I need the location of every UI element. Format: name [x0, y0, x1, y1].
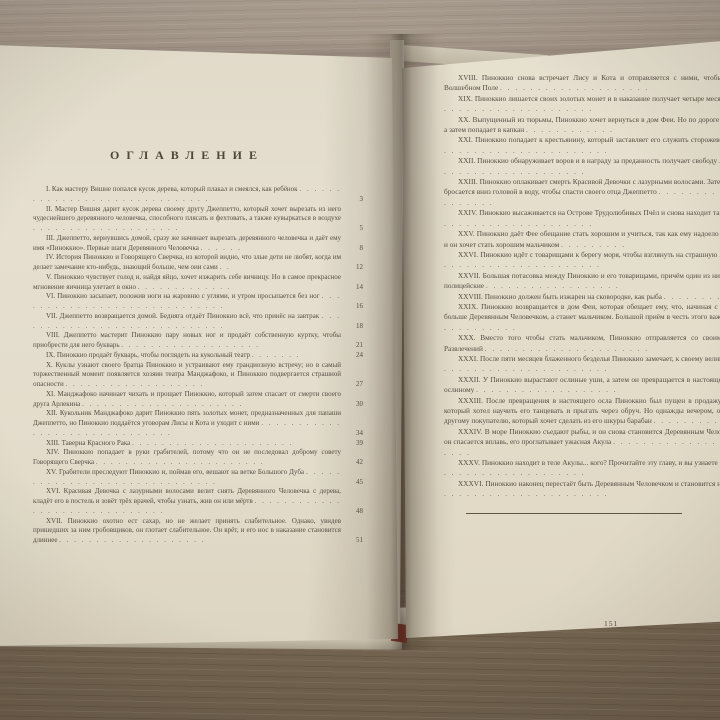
toc-entry: III. Джеппетто, вернувшись домой, сразу …: [33, 234, 363, 254]
chapter-title: Пиноккио должен быть изжарен на сковород…: [485, 292, 662, 301]
toc-entry-text: XXI. Пиноккио попадает к крестьянину, ко…: [444, 135, 720, 156]
dot-leader: . . . . . . . . . . . .: [526, 125, 614, 134]
toc-entry: XXXIII. После превращения в настоящего о…: [444, 396, 720, 427]
chapter-title: Пиноккио наконец перестаёт быть Деревянн…: [485, 479, 720, 488]
dot-leader: . . . . . . . . . . . . . . . . . . . . …: [485, 344, 649, 353]
chapter-title: Пиноккио засыпает, положив ноги на жаров…: [57, 292, 319, 300]
chapter-number: IX.: [46, 351, 55, 359]
dot-leader: . . . . . . . . . . . . . . . . . . . .: [33, 224, 179, 232]
chapter-title: Таверна Красного Рака: [62, 439, 131, 447]
toc-entry-text: XXXIV. В море Пиноккио съедают рыбы, и о…: [444, 427, 720, 458]
chapter-page-number: 18: [356, 322, 363, 332]
toc-entries-left: I. Как мастеру Вишне попался кусок дерев…: [33, 185, 363, 546]
toc-entry-text: X. Куклы узнают своего братца Пиноккио и…: [33, 361, 341, 390]
chapter-page-number: 12: [356, 263, 363, 273]
chapter-number: XIX.: [458, 94, 473, 103]
chapter-title: Пиноккио обнаруживает воров и в награду …: [477, 156, 717, 165]
right-page-content: XVIII. Пиноккио снова встречает Лису и К…: [444, 73, 720, 514]
toc-entry-text: XII. Кукольник Манджафоко дарит Пиноккио…: [33, 409, 341, 438]
toc-entry: II. Мастер Вишня дарит кусок дерева свое…: [33, 205, 363, 234]
dot-leader: . . . . . . . . . . . . . . . . . . .: [66, 380, 205, 388]
chapter-title: Пиноккио попадает к крестьянину, который…: [475, 135, 720, 144]
toc-entry: XXX. Вместо того чтобы стать мальчиком, …: [444, 333, 720, 354]
chapter-number: XXV.: [458, 229, 475, 238]
chapter-page-number: 39: [356, 439, 363, 449]
chapter-page-number: 51: [356, 536, 363, 546]
toc-entry-text: XXV. Пиноккио даёт Фее обещание стать хо…: [444, 229, 720, 250]
chapter-number: XII.: [46, 409, 57, 417]
chapter-number: XVII.: [46, 517, 63, 525]
chapter-title: История Пиноккио и Говорящего Сверчка, и…: [33, 253, 341, 271]
toc-entry: XXIII. Пиноккио оплакивает смерть Красив…: [444, 177, 720, 208]
chapter-number: XV.: [46, 468, 57, 476]
toc-heading: ОГЛАВЛЕНИЕ: [33, 148, 363, 163]
toc-entry: VII. Джеппетто возвращается домой. Бедня…: [33, 312, 363, 332]
toc-entry-text: XV. Грабители преследуют Пиноккио и, пой…: [33, 468, 341, 488]
toc-entry-text: XIII. Таверна Красного Рака . . . . . . …: [33, 439, 341, 449]
toc-entry: XXXV. Пиноккио находит в теле Акулы... к…: [444, 458, 720, 479]
toc-entry-text: XI. Манджафоко начинает чихать и прощает…: [33, 390, 341, 410]
chapter-title: Как мастеру Вишне попался кусок дерева, …: [52, 185, 298, 193]
chapter-number: XVIII.: [458, 73, 478, 82]
chapter-number: V.: [46, 273, 52, 281]
chapter-number: XXXIV.: [458, 427, 482, 436]
toc-entry-text: VII. Джеппетто возвращается домой. Бедня…: [33, 312, 341, 332]
chapter-title: Джеппетто возвращается домой. Бедняга от…: [60, 312, 320, 320]
dot-leader: . . . . . .: [201, 244, 242, 252]
chapter-title: Пиноккио возвращается в дом Феи, которая…: [444, 302, 720, 321]
chapter-title: Пиноккио высаживается на Острове Трудолю…: [479, 208, 720, 217]
toc-entry-text: XXVII. Большая потасовка между Пиноккио …: [444, 271, 720, 292]
toc-entry: XXVI. Пиноккио идёт с товарищами к берег…: [444, 250, 720, 271]
toc-entry: V. Пиноккио чувствует голод и, найдя яйц…: [33, 273, 363, 293]
left-page: ОГЛАВЛЕНИЕ I. Как мастеру Вишне попался …: [0, 38, 400, 652]
chapter-number: II.: [46, 205, 52, 213]
chapter-page-number: 48: [356, 507, 363, 517]
toc-entry-text: XVI. Красивая Девочка с лазурными волоса…: [33, 487, 341, 516]
dot-leader: . . . . . . . . . . . . . . . . . . .: [476, 385, 618, 394]
chapter-number: XXXII.: [458, 375, 481, 384]
chapter-number: XXIV.: [458, 208, 477, 217]
section-end-rule: [466, 513, 682, 514]
toc-entry-text: XXXV. Пиноккио находит в теле Акулы... к…: [444, 458, 720, 479]
chapter-number: X.: [46, 361, 53, 369]
left-page-content: ОГЛАВЛЕНИЕ I. Как мастеру Вишне попался …: [33, 148, 363, 546]
chapter-number: XXVI.: [458, 250, 478, 259]
toc-entry-text: VI. Пиноккио засыпает, положив ноги на ж…: [33, 292, 341, 312]
chapter-page-number: 8: [360, 244, 364, 254]
toc-entry: XXVII. Большая потасовка между Пиноккио …: [444, 271, 720, 292]
toc-entry: XXXVI. Пиноккио наконец перестаёт быть Д…: [444, 479, 720, 500]
chapter-number: VI.: [46, 292, 55, 300]
toc-entry: XVII. Пиноккио охотно ест сахар, но не ж…: [33, 517, 363, 546]
toc-entry-text: VIII. Джеппетто мастерит Пиноккио пару н…: [33, 331, 341, 351]
toc-entry: I. Как мастеру Вишне попался кусок дерев…: [33, 185, 363, 205]
chapter-number: XI.: [46, 390, 55, 398]
dot-leader: . . . . . . . . . . . . . . . . . . . . …: [82, 400, 243, 408]
chapter-page-number: 27: [356, 380, 363, 390]
toc-entry: XXXII. У Пиноккио вырастают ослиные уши,…: [444, 375, 720, 396]
toc-entry-text: XXXII. У Пиноккио вырастают ослиные уши,…: [444, 375, 720, 396]
chapter-number: IV.: [46, 253, 54, 261]
toc-entries-right: XVIII. Пиноккио снова встречает Лису и К…: [444, 73, 720, 500]
chapter-page-number: 5: [360, 224, 364, 234]
toc-entry-text: XXXIII. После превращения в настоящего о…: [444, 396, 720, 427]
chapter-number: VIII.: [46, 331, 60, 339]
chapter-number: III.: [46, 234, 55, 242]
chapter-number: XXXIII.: [458, 396, 483, 405]
toc-entry: XVI. Красивая Девочка с лазурными волоса…: [33, 487, 363, 516]
toc-entry: XVIII. Пиноккио снова встречает Лису и К…: [444, 73, 720, 94]
toc-entry: IV. История Пиноккио и Говорящего Сверчк…: [33, 253, 363, 273]
chapter-number: XXIII.: [458, 177, 478, 186]
toc-entry: XXI. Пиноккио попадает к крестьянину, ко…: [444, 135, 720, 156]
toc-entry: VI. Пиноккио засыпает, положив ноги на ж…: [33, 292, 363, 312]
dot-leader: . . . . . . .: [252, 351, 301, 359]
toc-entry-text: XVII. Пиноккио охотно ест сахар, но не ж…: [33, 517, 341, 546]
dot-leader: . . . . . . . . .: [561, 240, 626, 249]
chapter-page-number: 45: [356, 478, 363, 488]
chapter-number: VII.: [46, 312, 57, 320]
chapter-page-number: 16: [356, 302, 363, 312]
chapter-number: XXX.: [458, 333, 476, 342]
chapter-page-number: 24: [356, 351, 363, 361]
toc-entry-text: XXVI. Пиноккио идёт с товарищами к берег…: [444, 250, 720, 271]
dot-leader: . . . . . . . . . . . . . . . . . .: [654, 416, 720, 425]
toc-entry-text: I. Как мастеру Вишне попался кусок дерев…: [33, 185, 341, 205]
toc-entry: XI. Манджафоко начинает чихать и прощает…: [33, 390, 363, 410]
toc-entry: XII. Кукольник Манджафоко дарит Пиноккио…: [33, 409, 363, 438]
toc-entry-text: III. Джеппетто, вернувшись домой, сразу …: [33, 234, 341, 254]
dot-leader: . . . . . . . . . . . . . . . . . . .: [121, 341, 260, 349]
toc-entry-text: II. Мастер Вишня дарит кусок дерева свое…: [33, 205, 341, 234]
toc-entry: XV. Грабители преследуют Пиноккио и, пой…: [33, 468, 363, 488]
chapter-page-number: 34: [356, 429, 363, 439]
toc-entry: XX. Выпущенный из тюрьмы, Пиноккио хочет…: [444, 115, 720, 136]
toc-entry: XXV. Пиноккио даёт Фее обещание стать хо…: [444, 229, 720, 250]
chapter-page-number: 14: [356, 283, 363, 293]
toc-entry-text: XVIII. Пиноккио снова встречает Лису и К…: [444, 73, 720, 94]
dot-leader: . . . . . . . . . . . . . . . . . . . .: [59, 536, 205, 544]
chapter-title: Грабители преследуют Пиноккио и, поймав …: [59, 468, 304, 476]
dot-leader: . .: [220, 263, 231, 271]
chapter-number: XX.: [458, 115, 470, 124]
toc-entry-text: XXVIII. Пиноккио должен быть изжарен на …: [444, 292, 720, 302]
dot-leader: . . . . . . . . . .: [664, 292, 720, 301]
toc-entry: XXIV. Пиноккио высаживается на Острове Т…: [444, 208, 720, 229]
toc-entry: XXXIV. В море Пиноккио съедают рыбы, и о…: [444, 427, 720, 458]
dot-leader: . . . . . . . . . . . . . . . . . .: [486, 281, 620, 290]
toc-entry-text: XXXVI. Пиноккио наконец перестаёт быть Д…: [444, 479, 720, 500]
chapter-title: После пяти месяцев блаженного безделья П…: [480, 354, 720, 363]
chapter-number: XXVIII.: [458, 292, 483, 301]
chapter-number: XIV.: [46, 448, 59, 456]
toc-entry-text: XXX. Вместо того чтобы стать мальчиком, …: [444, 333, 720, 354]
chapter-number: XIII.: [46, 439, 60, 447]
toc-entry-text: XX. Выпущенный из тюрьмы, Пиноккио хочет…: [444, 115, 720, 136]
dot-leader: . . . . . . . . . . . . .: [138, 283, 232, 291]
toc-entry-text: XXII. Пиноккио обнаруживает воров и в на…: [444, 156, 720, 177]
toc-entry: XIV. Пиноккио попадает в руки грабителей…: [33, 448, 363, 468]
toc-entry: XIII. Таверна Красного Рака . . . . . . …: [33, 439, 363, 449]
toc-entry-text: XXIII. Пиноккио оплакивает смерть Красив…: [444, 177, 720, 208]
right-page: XVIII. Пиноккио снова встречает Лису и К…: [396, 28, 720, 662]
dot-leader: . . . . . . . . . . . . . . . . . . . . …: [96, 458, 265, 466]
toc-entry-text: XXIX. Пиноккио возвращается в дом Феи, к…: [444, 302, 720, 333]
chapter-number: XVI.: [46, 487, 60, 495]
book-photo: { "colors": { "paper": "#e6e0d0", "ink":…: [0, 0, 720, 720]
toc-entry: X. Куклы узнают своего братца Пиноккио и…: [33, 361, 363, 390]
chapter-page-number: 42: [356, 458, 363, 468]
toc-entry: VIII. Джеппетто мастерит Пиноккио пару н…: [33, 331, 363, 351]
chapter-title: Пиноккио продаёт букварь, чтобы поглядет…: [57, 351, 250, 359]
dot-leader: . . . . . . . . . . . . . . . . . . . .: [500, 83, 649, 92]
chapter-number: XXXV.: [458, 458, 480, 467]
toc-entry: IX. Пиноккио продаёт букварь, чтобы погл…: [33, 351, 363, 361]
toc-entry-text: IV. История Пиноккио и Говорящего Сверчк…: [33, 253, 341, 273]
chapter-number: XXIX.: [458, 302, 478, 311]
chapter-page-number: 30: [356, 400, 363, 410]
chapter-number: XXXVI.: [458, 479, 483, 488]
toc-entry-text: V. Пиноккио чувствует голод и, найдя яйц…: [33, 273, 341, 293]
chapter-title: Джеппетто, вернувшись домой, сразу же на…: [33, 234, 341, 252]
chapter-title: Мастер Вишня дарит кусок дерева своему д…: [33, 205, 341, 223]
chapter-title: Пиноккио идёт с товарищами к берегу моря…: [480, 250, 720, 259]
chapter-number: I.: [46, 185, 50, 193]
chapter-number: XXXI.: [458, 354, 478, 363]
toc-entry-text: XXXI. После пяти месяцев блаженного безд…: [444, 354, 720, 375]
toc-entry: XXVIII. Пиноккио должен быть изжарен на …: [444, 292, 720, 302]
chapter-number: XXII.: [458, 156, 475, 165]
dot-leader: . . . . . . . . . . . . . . . . . . . . …: [132, 439, 293, 447]
toc-entry: XXIX. Пиноккио возвращается в дом Феи, к…: [444, 302, 720, 333]
toc-entry: XXXI. После пяти месяцев блаженного безд…: [444, 354, 720, 375]
toc-entry: XXII. Пиноккио обнаруживает воров и в на…: [444, 156, 720, 177]
toc-entry-text: XIX. Пиноккио лишается своих золотых мон…: [444, 94, 720, 115]
toc-entry-text: XIV. Пиноккио попадает в руки грабителей…: [33, 448, 341, 468]
chapter-title: Пиноккио лишается своих золотых монет и …: [475, 94, 720, 103]
toc-entry-text: XXIV. Пиноккио высаживается на Острове Т…: [444, 208, 720, 229]
right-page-folio: 151: [604, 619, 618, 628]
toc-entry: XIX. Пиноккио лишается своих золотых мон…: [444, 94, 720, 115]
toc-entry-text: IX. Пиноккио продаёт букварь, чтобы погл…: [33, 351, 341, 361]
chapter-page-number: 3: [360, 195, 364, 205]
chapter-title: Пиноккио находит в теле Акулы... кого? П…: [482, 458, 718, 467]
chapter-page-number: 21: [356, 341, 363, 351]
chapter-number: XXVII.: [458, 271, 481, 280]
chapter-number: XXI.: [458, 135, 473, 144]
